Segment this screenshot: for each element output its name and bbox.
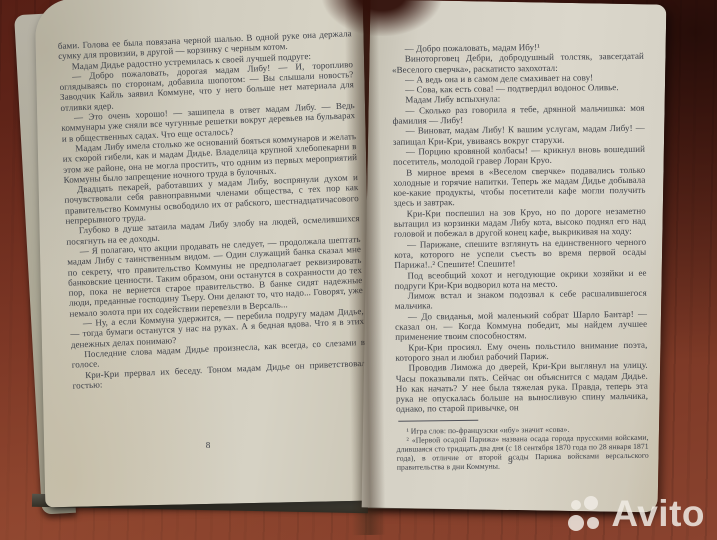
paragraph: — Парижане, спешите взглянуть на единств…: [394, 236, 646, 270]
footnote-separator: [398, 419, 478, 421]
avito-wordmark: Avito: [611, 496, 705, 532]
paragraph: Кри-Кри поспешил на зов Круо, но по доро…: [394, 205, 646, 239]
paragraph: — Я полагаю, что акции продавать не след…: [67, 234, 364, 319]
right-page-paragraphs: — Добро пожаловать, мадам Ибу!¹Виноторго…: [392, 41, 649, 415]
paragraph: Проводив Лиможа до дверей, Кри-Кри выгля…: [396, 360, 649, 415]
left-page: бами. Голова ее была повязана черной шал…: [35, 0, 374, 507]
paragraph: В мирное время в «Веселом сверчке» подав…: [393, 164, 645, 208]
right-page-text: — Добро пожаловать, мадам Ибу!¹Виноторго…: [392, 41, 649, 472]
right-page: — Добро пожаловать, мадам Ибу!¹Виноторго…: [362, 0, 667, 513]
avito-logo-icon: [568, 496, 604, 532]
avito-watermark: Avito: [568, 496, 705, 532]
left-page-number: 8: [44, 437, 372, 454]
paragraph: — До свиданья, мой маленький собрат Шарл…: [395, 308, 647, 342]
left-page-text: бами. Голова ее была повязана черной шал…: [58, 28, 367, 391]
photo-background: бами. Голова ее была повязана черной шал…: [0, 0, 717, 540]
